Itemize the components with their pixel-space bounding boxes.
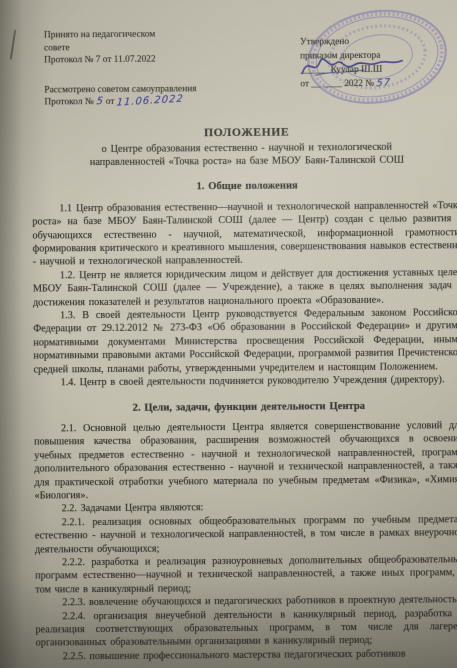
director-signature xyxy=(298,51,408,82)
paragraph-2-1: 2.1. Основной целью деятельности Центра … xyxy=(34,419,457,503)
paragraph-1-1: 1.1 Центр образования естественно—научно… xyxy=(32,199,457,269)
paragraph-1-4: 1.4. Центр в своей деятельности подчиняе… xyxy=(34,373,457,390)
paragraph-2-2-1: 2.2.1. реализация основных общеобразоват… xyxy=(35,513,457,557)
approval-block-left: Принято на педагогическом совете Протоко… xyxy=(44,28,260,109)
paragraph-2-2-5: 2.2.5. повышение профессионального масте… xyxy=(36,647,457,664)
paragraph-1-2: 1.2. Центр не является юридическим лицом… xyxy=(33,266,457,310)
reviewed-protocol-number-handwritten: 5 xyxy=(96,96,104,109)
paragraph-2-2-2: 2.2.2. разработка и реализация разноуров… xyxy=(35,553,457,597)
paragraph-1-3: 1.3. В своей деятельности Центр руководс… xyxy=(33,306,457,376)
reviewed-protocol-prefix: Протокол № xyxy=(44,97,93,107)
reviewed-protocol-ot: от xyxy=(106,97,115,107)
section-2-heading: 2. Цели, задачи, функции деятельности Це… xyxy=(34,399,457,416)
pen-fold-mark xyxy=(10,30,16,60)
reviewed-protocol-line: Протокол № 5 от 11.06.2022 xyxy=(44,95,259,109)
approved-line-1: Утверждено xyxy=(300,34,450,49)
document-title: ПОЛОЖЕНИЕ xyxy=(32,124,457,141)
document-page: Принято на педагогическом совете Протоко… xyxy=(0,0,457,668)
document-subtitle-line-2: направленностей «Точка роста» на базе МБ… xyxy=(32,154,457,170)
section-1-heading: 1. Общие положения xyxy=(32,179,457,196)
document-body: ПОЛОЖЕНИЕ о Центре образования естествен… xyxy=(32,124,457,664)
paragraph-2-2-4: 2.2.4. организация внеучебной деятельнос… xyxy=(35,607,457,651)
reviewed-date-handwritten: 11.06.2022 xyxy=(116,94,184,111)
document-photo: Принято на педагогическом совете Протоко… xyxy=(0,0,457,668)
